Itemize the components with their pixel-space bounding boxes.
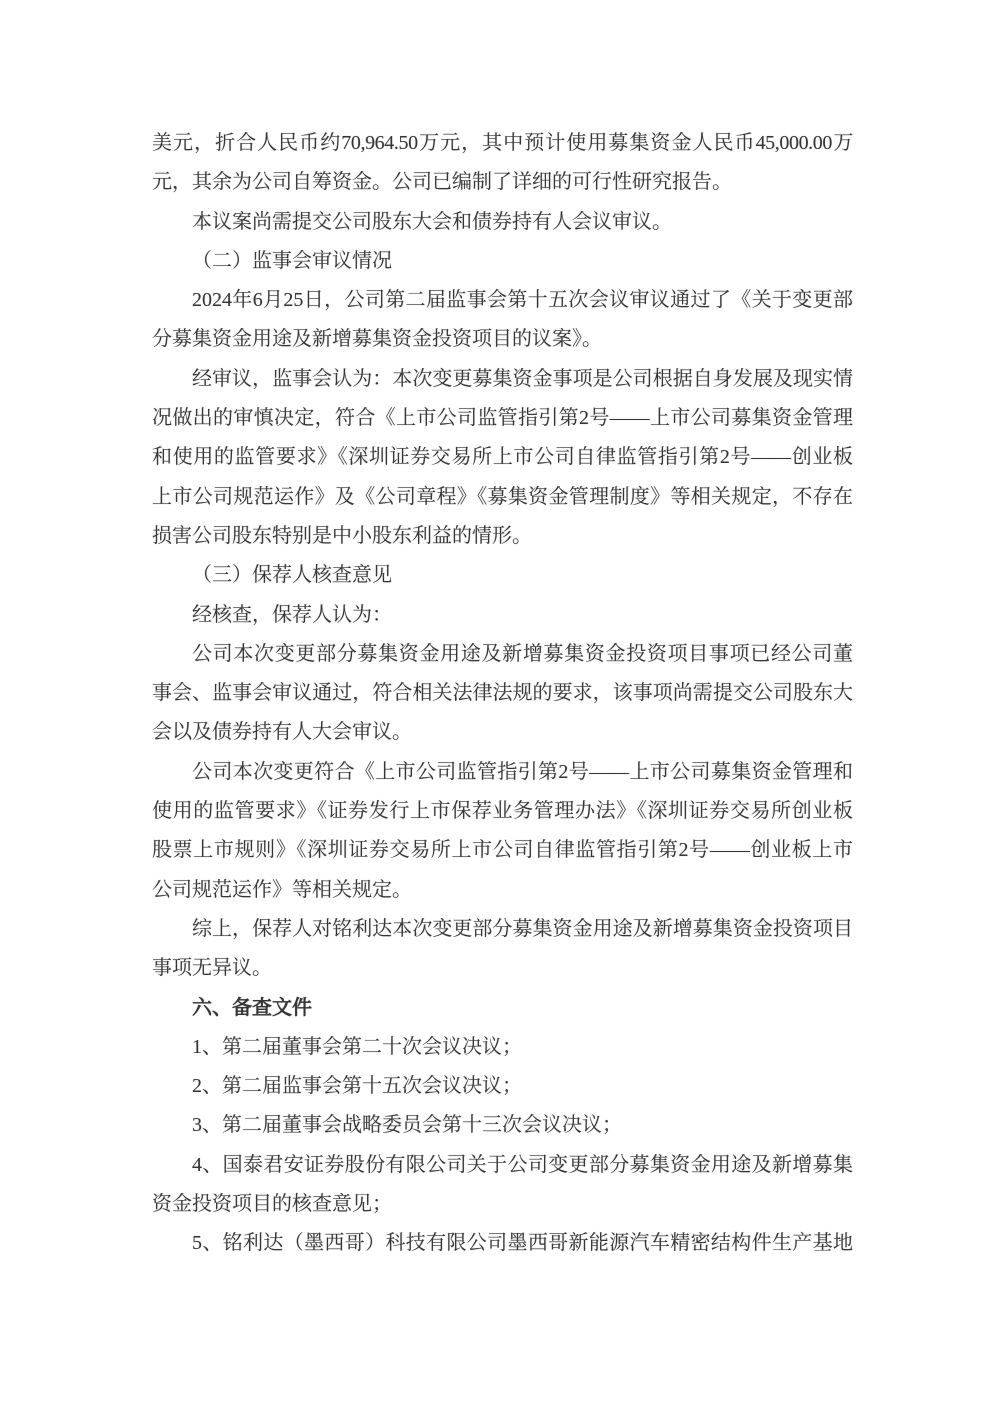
- text-line: 2024年6月25日，公司第二届监事会第十五次会议审议通过了《关于变更部: [152, 281, 853, 320]
- text-line: 使用的监管要求》《证券发行上市保荐业务管理办法》《深圳证券交易所创业板: [152, 792, 853, 831]
- text-line: 本议案尚需提交公司股东大会和债券持有人会议审议。: [152, 203, 853, 242]
- text-line: 事项无异议。: [152, 949, 853, 988]
- heading-subsection-supervisory-review: （二）监事会审议情况: [152, 242, 853, 281]
- para-sponsor-opinion-approval: 公司本次变更部分募集资金用途及新增募集资金投资项目事项已经公司董 事会、监事会审…: [152, 635, 853, 753]
- text-line: 美元，折合人民币约70,964.50万元，其中预计使用募集资金人民币45,000…: [152, 124, 853, 163]
- doc-list-item-4: 4、国泰君安证券股份有限公司关于公司变更部分募集资金用途及新增募集 资金投资项目…: [152, 1146, 853, 1225]
- text-line: 2、第二届监事会第十五次会议决议；: [152, 1067, 853, 1106]
- text-line: 经核查，保荐人认为：: [152, 596, 853, 635]
- doc-list-item-1: 1、第二届董事会第二十次会议决议；: [152, 1028, 853, 1067]
- text-line: （二）监事会审议情况: [152, 242, 853, 281]
- para-submission-notice: 本议案尚需提交公司股东大会和债券持有人会议审议。: [152, 203, 853, 242]
- text-line: 1、第二届董事会第二十次会议决议；: [152, 1028, 853, 1067]
- para-verification-intro: 经核查，保荐人认为：: [152, 596, 853, 635]
- section-heading: 六、备查文件: [152, 989, 853, 1028]
- text-line: 经审议，监事会认为：本次变更募集资金事项是公司根据自身发展及现实情: [152, 360, 853, 399]
- text-line: 资金投资项目的核查意见；: [152, 1185, 853, 1224]
- doc-list-item-2: 2、第二届监事会第十五次会议决议；: [152, 1067, 853, 1106]
- text-line: 4、国泰君安证券股份有限公司关于公司变更部分募集资金用途及新增募集: [152, 1146, 853, 1185]
- heading-section-reference-documents: 六、备查文件: [152, 989, 853, 1028]
- document-body: 美元，折合人民币约70,964.50万元，其中预计使用募集资金人民币45,000…: [152, 124, 853, 1264]
- para-sponsor-conclusion: 综上，保荐人对铭利达本次变更部分募集资金用途及新增募集资金投资项目 事项无异议。: [152, 910, 853, 989]
- text-line: 3、第二届董事会战略委员会第十三次会议决议；: [152, 1106, 853, 1145]
- text-line: 元，其余为公司自筹资金。公司已编制了详细的可行性研究报告。: [152, 163, 853, 202]
- para-supervisory-board-meeting: 2024年6月25日，公司第二届监事会第十五次会议审议通过了《关于变更部 分募集…: [152, 281, 853, 360]
- text-line: 5、铭利达（墨西哥）科技有限公司墨西哥新能源汽车精密结构件生产基地: [152, 1224, 853, 1263]
- text-line: 公司本次变更符合《上市公司监管指引第2号——上市公司募集资金管理和: [152, 753, 853, 792]
- doc-list-item-3: 3、第二届董事会战略委员会第十三次会议决议；: [152, 1106, 853, 1145]
- text-line: 股票上市规则》《深圳证券交易所上市公司自律监管指引第2号——创业板上市: [152, 831, 853, 870]
- document-page: 美元，折合人民币约70,964.50万元，其中预计使用募集资金人民币45,000…: [0, 0, 1000, 1414]
- text-line: 事会、监事会审议通过，符合相关法律法规的要求，该事项尚需提交公司股东大: [152, 674, 853, 713]
- text-line: 况做出的审慎决定，符合《上市公司监管指引第2号——上市公司募集资金管理: [152, 399, 853, 438]
- text-line: 综上，保荐人对铭利达本次变更部分募集资金用途及新增募集资金投资项目: [152, 910, 853, 949]
- para-fundraising-amount: 美元，折合人民币约70,964.50万元，其中预计使用募集资金人民币45,000…: [152, 124, 853, 203]
- text-line: 上市公司规范运作》及《公司章程》《募集资金管理制度》等相关规定，不存在: [152, 478, 853, 517]
- para-sponsor-opinion-compliance: 公司本次变更符合《上市公司监管指引第2号——上市公司募集资金管理和 使用的监管要…: [152, 753, 853, 910]
- text-line: 损害公司股东特别是中小股东利益的情形。: [152, 517, 853, 556]
- text-line: 分募集资金用途及新增募集资金投资项目的议案》。: [152, 320, 853, 359]
- text-line: 会以及债券持有人大会审议。: [152, 713, 853, 752]
- doc-list-item-5: 5、铭利达（墨西哥）科技有限公司墨西哥新能源汽车精密结构件生产基地: [152, 1224, 853, 1263]
- para-supervisory-board-opinion: 经审议，监事会认为：本次变更募集资金事项是公司根据自身发展及现实情 况做出的审慎…: [152, 360, 853, 556]
- text-line: 公司规范运作》等相关规定。: [152, 871, 853, 910]
- heading-subsection-sponsor-verification: （三）保荐人核查意见: [152, 556, 853, 595]
- text-line: （三）保荐人核查意见: [152, 556, 853, 595]
- text-line: 公司本次变更部分募集资金用途及新增募集资金投资项目事项已经公司董: [152, 635, 853, 674]
- text-line: 和使用的监管要求》《深圳证券交易所上市公司自律监管指引第2号——创业板: [152, 438, 853, 477]
